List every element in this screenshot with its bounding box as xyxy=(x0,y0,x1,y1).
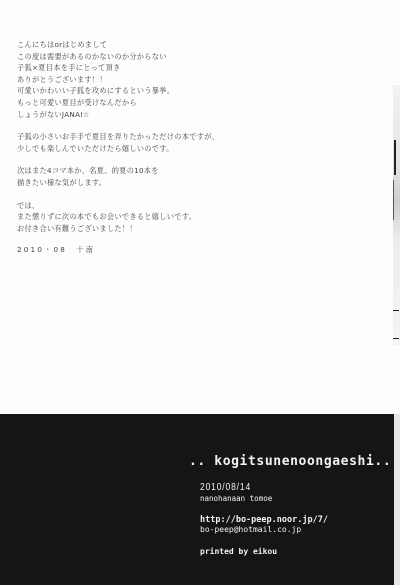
afterword-line: 子狐×夏目本を手にとって頂き xyxy=(17,62,377,74)
afterword-line: では、 xyxy=(17,200,377,212)
art-stroke xyxy=(393,180,394,220)
afterword-signature: 2010・08 十南 xyxy=(17,245,377,255)
adjacent-page-art-sliver xyxy=(393,85,400,345)
page-edge-strip xyxy=(394,414,400,585)
printer-credit: printed by eikou xyxy=(200,547,391,556)
afterword-line: 可愛いかわいい子狐を攻めにするという暴挙。 xyxy=(17,85,377,97)
art-stroke xyxy=(394,140,396,175)
colophon-block: .. kogitsunenoongaeshi.. 2010/08/14 nano… xyxy=(0,414,394,585)
afterword-text: こんにちはorはじめまして この度は需要があるのかないのか分からない 子狐×夏目… xyxy=(17,39,377,255)
book-title: .. kogitsunenoongaeshi.. xyxy=(189,454,391,469)
contact-email: bo-peep@hotmail.co.jp xyxy=(200,525,391,534)
afterword-paragraph-3: 次はまた4コマ本か、名夏、的夏の10本を 描きたい様な気がします。 xyxy=(17,165,377,188)
afterword-line: 描きたい様な気がします。 xyxy=(17,177,377,189)
website-url: http://bo-peep.noor.jp/7/ xyxy=(200,515,391,525)
afterword-paragraph-1: こんにちはorはじめまして この度は需要があるのかないのか分からない 子狐×夏目… xyxy=(17,39,377,120)
afterword-line: 少しでも楽しんでいただけたら嬉しいのです。 xyxy=(17,143,377,155)
afterword-line: 子狐の小さいお手手で夏目を弄りたかっただけの本ですが、 xyxy=(17,131,377,143)
afterword-line: しょうがないJANAI☆ xyxy=(17,109,377,121)
afterword-line: お付き合い有難うございました！！ xyxy=(17,223,377,235)
art-stroke xyxy=(393,310,399,311)
afterword-paragraph-2: 子狐の小さいお手手で夏目を弄りたかっただけの本ですが、 少しでも楽しんでいただけ… xyxy=(17,131,377,154)
art-stroke xyxy=(393,338,399,339)
afterword-line: この度は需要があるのかないのか分からない xyxy=(17,51,377,63)
colophon-content: .. kogitsunenoongaeshi.. 2010/08/14 nano… xyxy=(192,454,391,556)
publication-date: 2010/08/14 xyxy=(200,482,363,493)
afterword-line: ありがとうございます！！ xyxy=(17,74,377,86)
book-page: こんにちはorはじめまして この度は需要があるのかないのか分からない 子狐×夏目… xyxy=(0,0,400,585)
afterword-line: 次はまた4コマ本か、名夏、的夏の10本を xyxy=(17,165,377,177)
afterword-paragraph-4: では、 また懲りずに次の本でもお会いできると嬉しいです。 お付き合い有難うござい… xyxy=(17,200,377,235)
afterword-line: また懲りずに次の本でもお会いできると嬉しいです。 xyxy=(17,211,377,223)
circle-name: nanohanaan tomoe xyxy=(200,494,391,503)
afterword-line: こんにちはorはじめまして xyxy=(17,39,377,51)
afterword-line: もっと可愛い夏目が受けなんだから xyxy=(17,97,377,109)
